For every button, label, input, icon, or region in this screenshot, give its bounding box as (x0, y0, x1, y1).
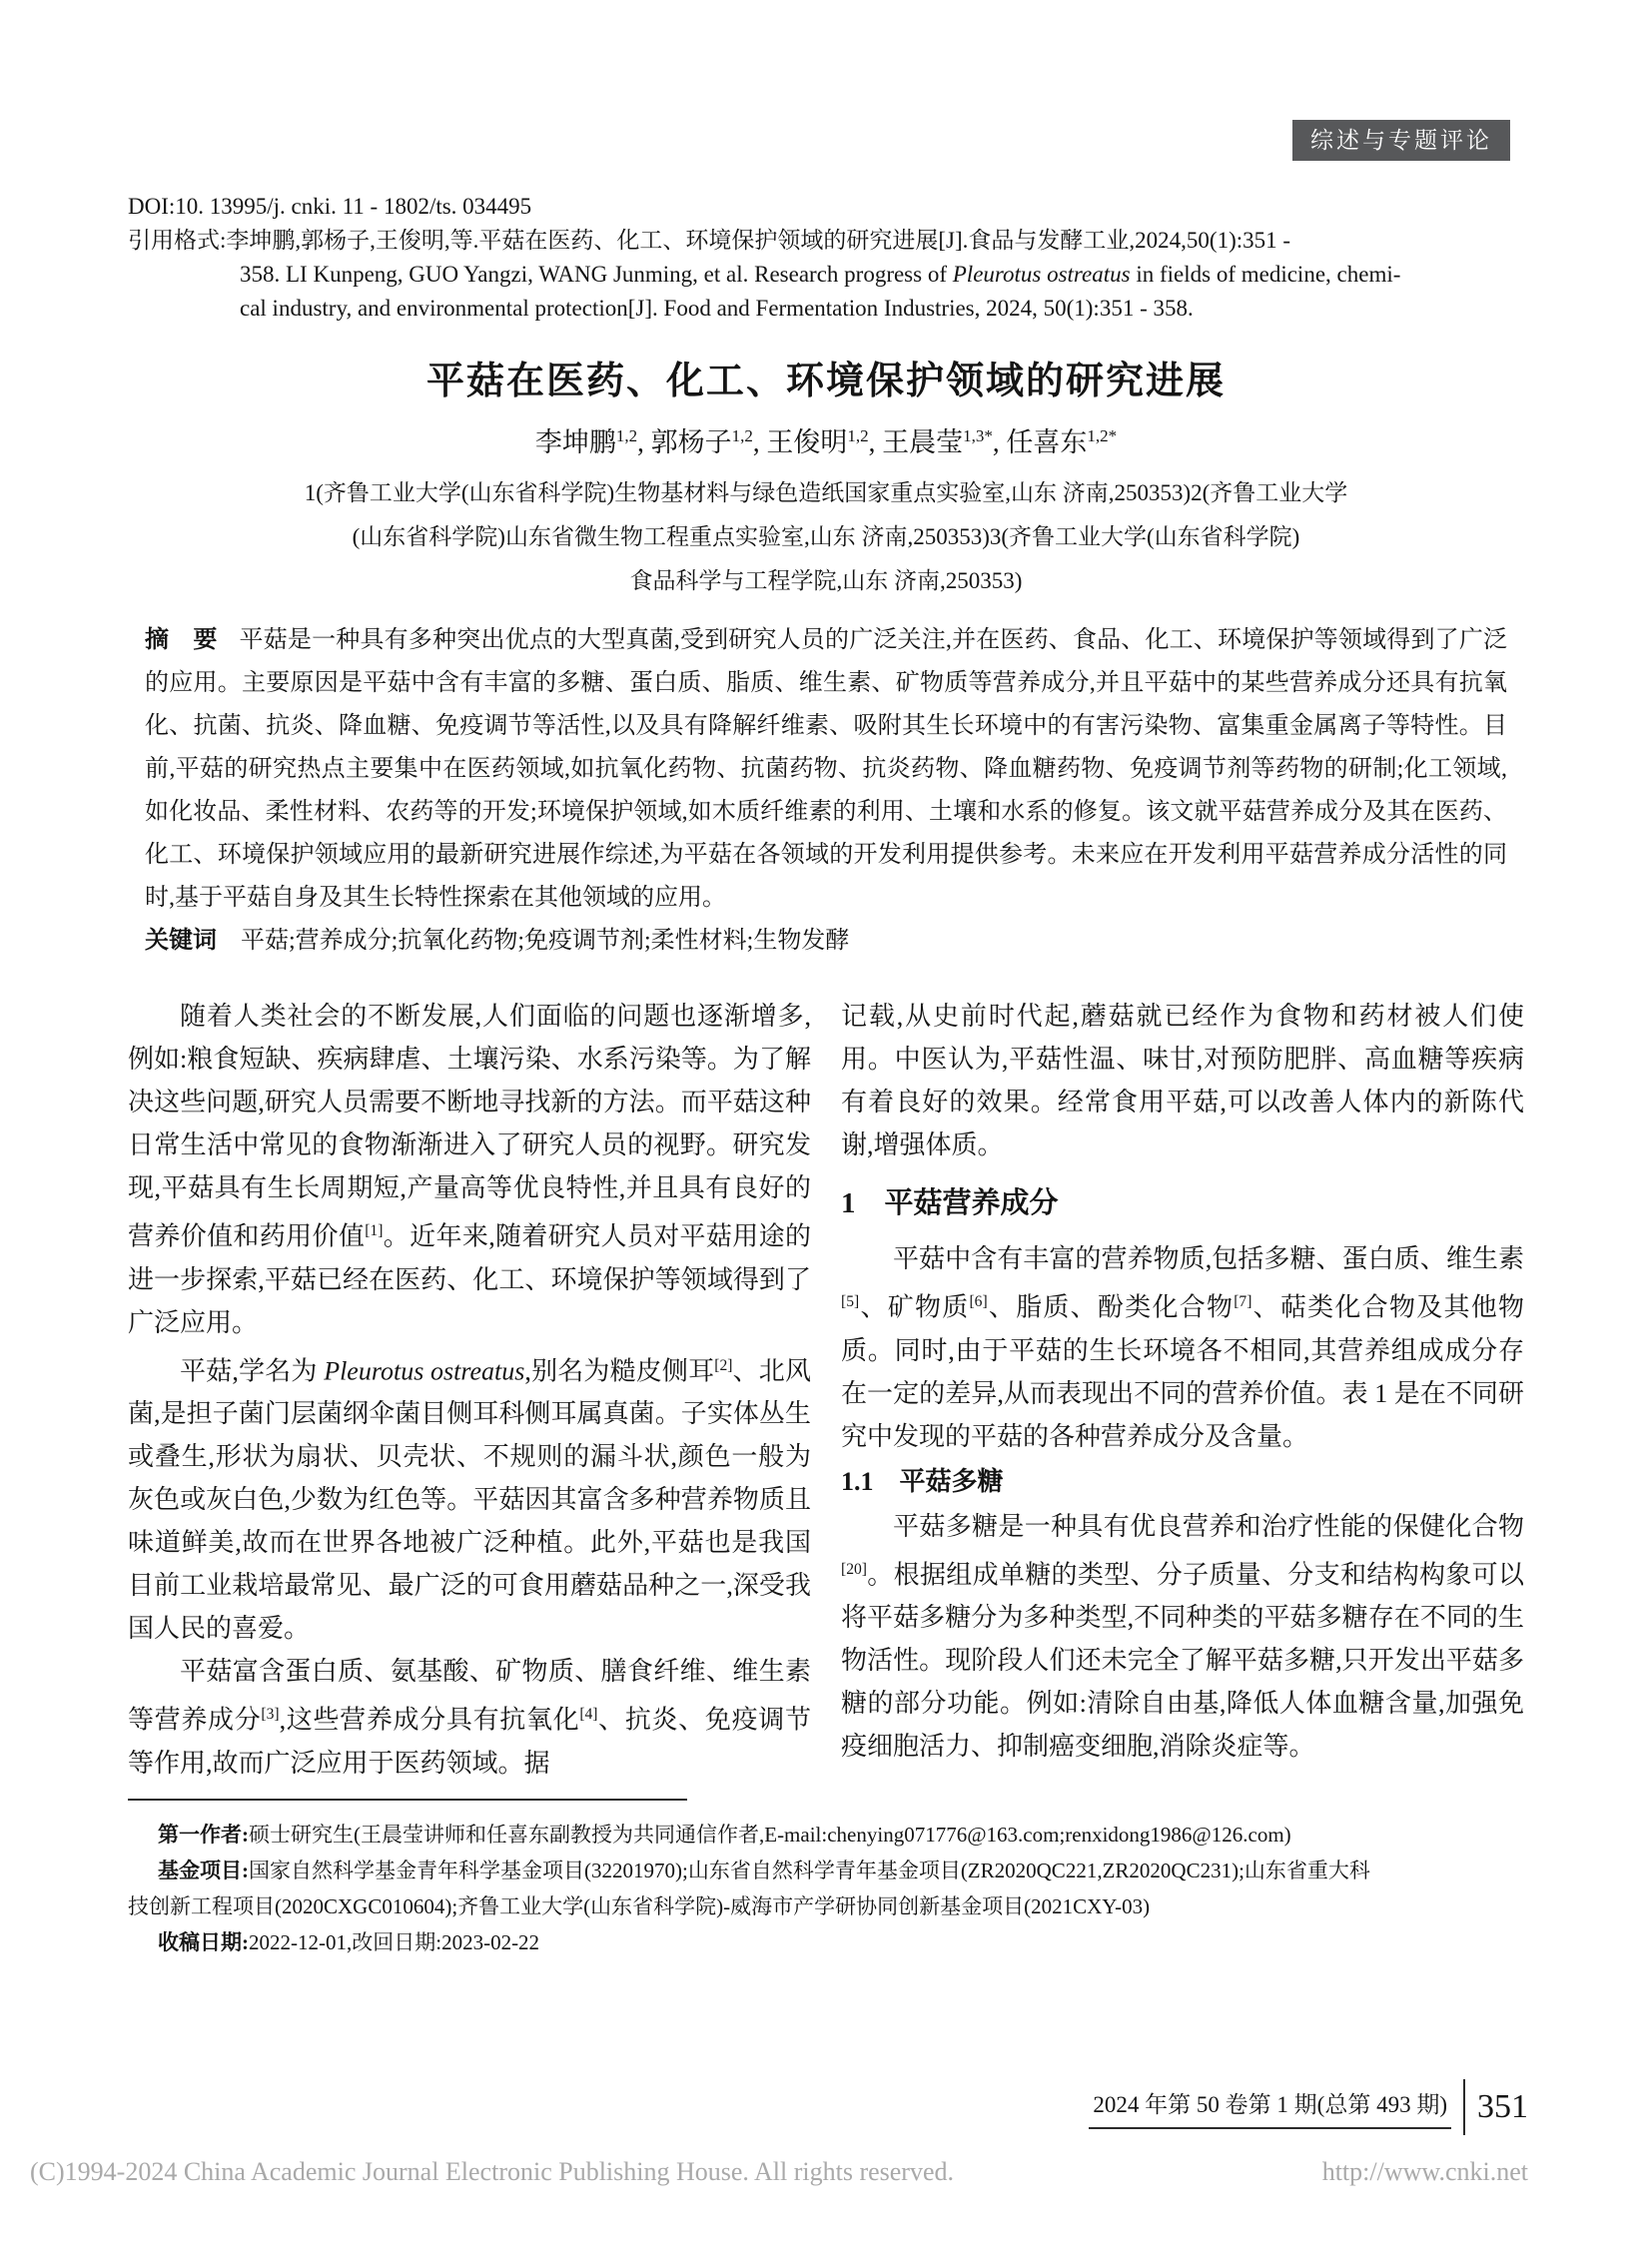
affiliation-line: 1(齐鲁工业大学(山东省科学院)生物基材料与绿色造纸国家重点实验室,山东 济南,… (128, 471, 1524, 515)
reference-marker: [7] (1234, 1293, 1251, 1310)
footnote-block: 第一作者:硕士研究生(王晨莹讲师和任喜东副教授为共同通信作者,E-mail:ch… (128, 1817, 1524, 1960)
footnote-label: 收稿日期: (158, 1930, 249, 1954)
issue-info: 2024 年第 50 卷第 1 期(总第 493 期) (1089, 2086, 1451, 2129)
authors-line: 李坤鹏1,2, 郭杨子1,2, 王俊明1,2, 王晨莹1,3*, 任喜东1,2* (128, 420, 1524, 459)
footnote-line: 收稿日期:2022-12-01,改回日期:2023-02-22 (128, 1924, 1524, 1960)
author-affil-sup: 1,3* (963, 426, 993, 445)
reference-marker: [2] (714, 1357, 732, 1374)
text-run: 平菇多糖是一种具有优良营养和治疗性能的保健化合物 (893, 1512, 1524, 1541)
species-name-italic: Pleurotus ostreatus (953, 262, 1131, 287)
footnote-text: 硕士研究生(王晨莹讲师和任喜东副教授为共同通信作者,E-mail:chenyin… (249, 1823, 1291, 1847)
reference-marker: [5] (841, 1293, 859, 1310)
author-separator: , (637, 427, 651, 457)
affiliation-line: 食品科学与工程学院,山东 济南,250353) (128, 559, 1524, 603)
left-column: 随着人类社会的不断发展,人们面临的问题也逐渐增多,例如:粮食短缺、疾病肆虐、土壤… (128, 995, 811, 1785)
keywords-text: 平菇;营养成分;抗氧化药物;免疫调节剂;柔性材料;生物发酵 (241, 928, 849, 954)
abstract-block: 摘 要平菇是一种具有多种突出优点的大型真菌,受到研究人员的广泛关注,并在医药、食… (128, 619, 1524, 920)
text-run: 随着人类社会的不断发展,人们面临的问题也逐渐增多,例如:粮食短缺、疾病肆虐、土壤… (128, 1002, 811, 1251)
text-run: 平菇,学名为 (180, 1356, 324, 1385)
author-name: 王俊明 (766, 427, 847, 457)
text-run: 、北风菌,是担子菌门层菌纲伞菌目侧耳科侧耳属真菌。子实体丛生或叠生,形状为扇状、… (128, 1356, 811, 1643)
text-run: 平菇中含有丰富的营养物质,包括多糖、蛋白质、维生素 (893, 1244, 1524, 1273)
header-block: DOI:10. 13995/j. cnki. 11 - 1802/ts. 034… (128, 190, 1524, 326)
footer-divider (1463, 2079, 1465, 2135)
body-paragraph: 随着人类社会的不断发展,人们面临的问题也逐渐增多,例如:粮食短缺、疾病肆虐、土壤… (128, 995, 811, 1344)
citation-en-line1: 358. LI Kunpeng, GUO Yangzi, WANG Junmin… (128, 258, 1524, 292)
author: 王晨莹1,3* (882, 427, 993, 457)
text-run: 1.1 平菇多糖 (841, 1467, 1004, 1496)
latin-species-name: Pleurotus ostreatus (324, 1356, 524, 1385)
body-columns: 随着人类社会的不断发展,人们面临的问题也逐渐增多,例如:粮食短缺、疾病肆虐、土壤… (128, 995, 1524, 1785)
text-run: 、脂质、酚类化合物 (988, 1293, 1235, 1322)
body-paragraph: 平菇多糖是一种具有优良营养和治疗性能的保健化合物[20]。根据组成单糖的类型、分… (841, 1505, 1524, 1769)
text-run: 。根据组成单糖的类型、分子质量、分支和结构构象可以将平菇多糖分为多种类型,不同种… (841, 1560, 1524, 1761)
body-paragraph: 平菇中含有丰富的营养物质,包括多糖、蛋白质、维生素[5]、矿物质[6]、脂质、酚… (841, 1237, 1524, 1458)
footnote-label: 第一作者: (158, 1823, 249, 1847)
footnote-line: 基金项目:国家自然科学基金青年科学基金项目(32201970);山东省自然科学青… (128, 1853, 1524, 1888)
abstract-text: 平菇是一种具有多种突出优点的大型真菌,受到研究人员的广泛关注,并在医药、食品、化… (145, 627, 1507, 911)
reference-marker: [20] (841, 1561, 867, 1578)
citation-en-part1: 358. LI Kunpeng, GUO Yangzi, WANG Junmin… (240, 262, 953, 287)
reference-marker: [6] (969, 1293, 987, 1310)
footnote-text: 技创新工程项目(2020CXGC010604);齐鲁工业大学(山东省科学院)-威… (128, 1894, 1150, 1918)
doi-line: DOI:10. 13995/j. cnki. 11 - 1802/ts. 034… (128, 190, 1524, 224)
page-footer: 2024 年第 50 卷第 1 期(总第 493 期) 351 (1089, 2079, 1528, 2135)
body-paragraph: 平菇富含蛋白质、氨基酸、矿物质、膳食纤维、维生素等营养成分[3],这些营养成分具… (128, 1650, 811, 1785)
body-paragraph: 记载,从史前时代起,蘑菇就已经作为食物和药材被人们使用。中医认为,平菇性温、味甘… (841, 995, 1524, 1166)
author: 任喜东1,2* (1006, 427, 1117, 457)
author: 王俊明1,2 (766, 427, 868, 457)
page: 综述与专题评论 DOI:10. 13995/j. cnki. 11 - 1802… (0, 0, 1652, 2241)
keywords-label: 关键词 (145, 928, 217, 954)
reference-marker: [1] (365, 1222, 383, 1239)
text-run: 1 平菇营养成分 (841, 1187, 1059, 1219)
text-run: 记载,从史前时代起,蘑菇就已经作为食物和药材被人们使用。中医认为,平菇性温、味甘… (841, 1002, 1524, 1159)
keywords-line: 关键词平菇;营养成分;抗氧化药物;免疫调节剂;柔性材料;生物发酵 (128, 920, 1524, 963)
content: DOI:10. 13995/j. cnki. 11 - 1802/ts. 034… (0, 0, 1652, 1960)
author-name: 任喜东 (1006, 427, 1087, 457)
citation-en-line2: cal industry, and environmental protecti… (128, 292, 1524, 326)
body-paragraph: 平菇,学名为 Pleurotus ostreatus,别名为糙皮侧耳[2]、北风… (128, 1344, 811, 1651)
author-affil-sup: 1,2 (616, 426, 637, 445)
author-separator: , (753, 427, 767, 457)
author-name: 王晨莹 (882, 427, 963, 457)
author: 李坤鹏1,2 (535, 427, 637, 457)
footnote-rule (128, 1799, 687, 1801)
footnote-text: 国家自然科学基金青年科学基金项目(32201970);山东省自然科学青年基金项目… (249, 1859, 1370, 1882)
copyright-text: (C)1994-2024 China Academic Journal Elec… (30, 2157, 954, 2187)
footnote-label: 基金项目: (158, 1859, 249, 1882)
author-affil-sup: 1,2 (732, 426, 753, 445)
section-heading: 1 平菇营养成分 (841, 1182, 1524, 1225)
footnote-line: 技创新工程项目(2020CXGC010604);齐鲁工业大学(山东省科学院)-威… (128, 1888, 1524, 1924)
cnki-url: http://www.cnki.net (1322, 2157, 1528, 2187)
author-name: 李坤鹏 (535, 427, 616, 457)
author-separator: , (993, 427, 1007, 457)
paper-title: 平菇在医药、化工、环境保护领域的研究进展 (128, 350, 1524, 404)
reference-marker: [4] (579, 1706, 597, 1723)
abstract-label: 摘 要 (145, 627, 218, 653)
citation-en-part2: in fields of medicine, chemi- (1131, 262, 1401, 287)
footnote-text: 2022-12-01,改回日期:2023-02-22 (249, 1930, 539, 1954)
author-affil-sup: 1,2 (847, 426, 868, 445)
author-name: 郭杨子 (651, 427, 732, 457)
author-affil-sup: 1,2* (1087, 426, 1117, 445)
right-column: 记载,从史前时代起,蘑菇就已经作为食物和药材被人们使用。中医认为,平菇性温、味甘… (841, 995, 1524, 1785)
author-separator: , (869, 427, 883, 457)
copyright-bar: (C)1994-2024 China Academic Journal Elec… (30, 2157, 1528, 2187)
text-run: 、矿物质 (859, 1293, 969, 1322)
page-number: 351 (1477, 2088, 1528, 2126)
section-heading: 1.1 平菇多糖 (841, 1460, 1524, 1503)
author: 郭杨子1,2 (651, 427, 753, 457)
affiliation-line: (山东省科学院)山东省微生物工程重点实验室,山东 济南,250353)3(齐鲁工… (128, 515, 1524, 559)
text-run: ,别名为糙皮侧耳 (524, 1356, 714, 1385)
reference-marker: [3] (261, 1706, 279, 1723)
footnote-line: 第一作者:硕士研究生(王晨莹讲师和任喜东副教授为共同通信作者,E-mail:ch… (128, 1817, 1524, 1853)
text-run: ,这些营养成分具有抗氧化 (280, 1706, 580, 1735)
column-badge: 综述与专题评论 (1292, 120, 1510, 161)
affiliations-block: 1(齐鲁工业大学(山东省科学院)生物基材料与绿色造纸国家重点实验室,山东 济南,… (128, 471, 1524, 603)
citation-cn-line: 引用格式:李坤鹏,郭杨子,王俊明,等.平菇在医药、化工、环境保护领域的研究进展[… (128, 224, 1524, 258)
